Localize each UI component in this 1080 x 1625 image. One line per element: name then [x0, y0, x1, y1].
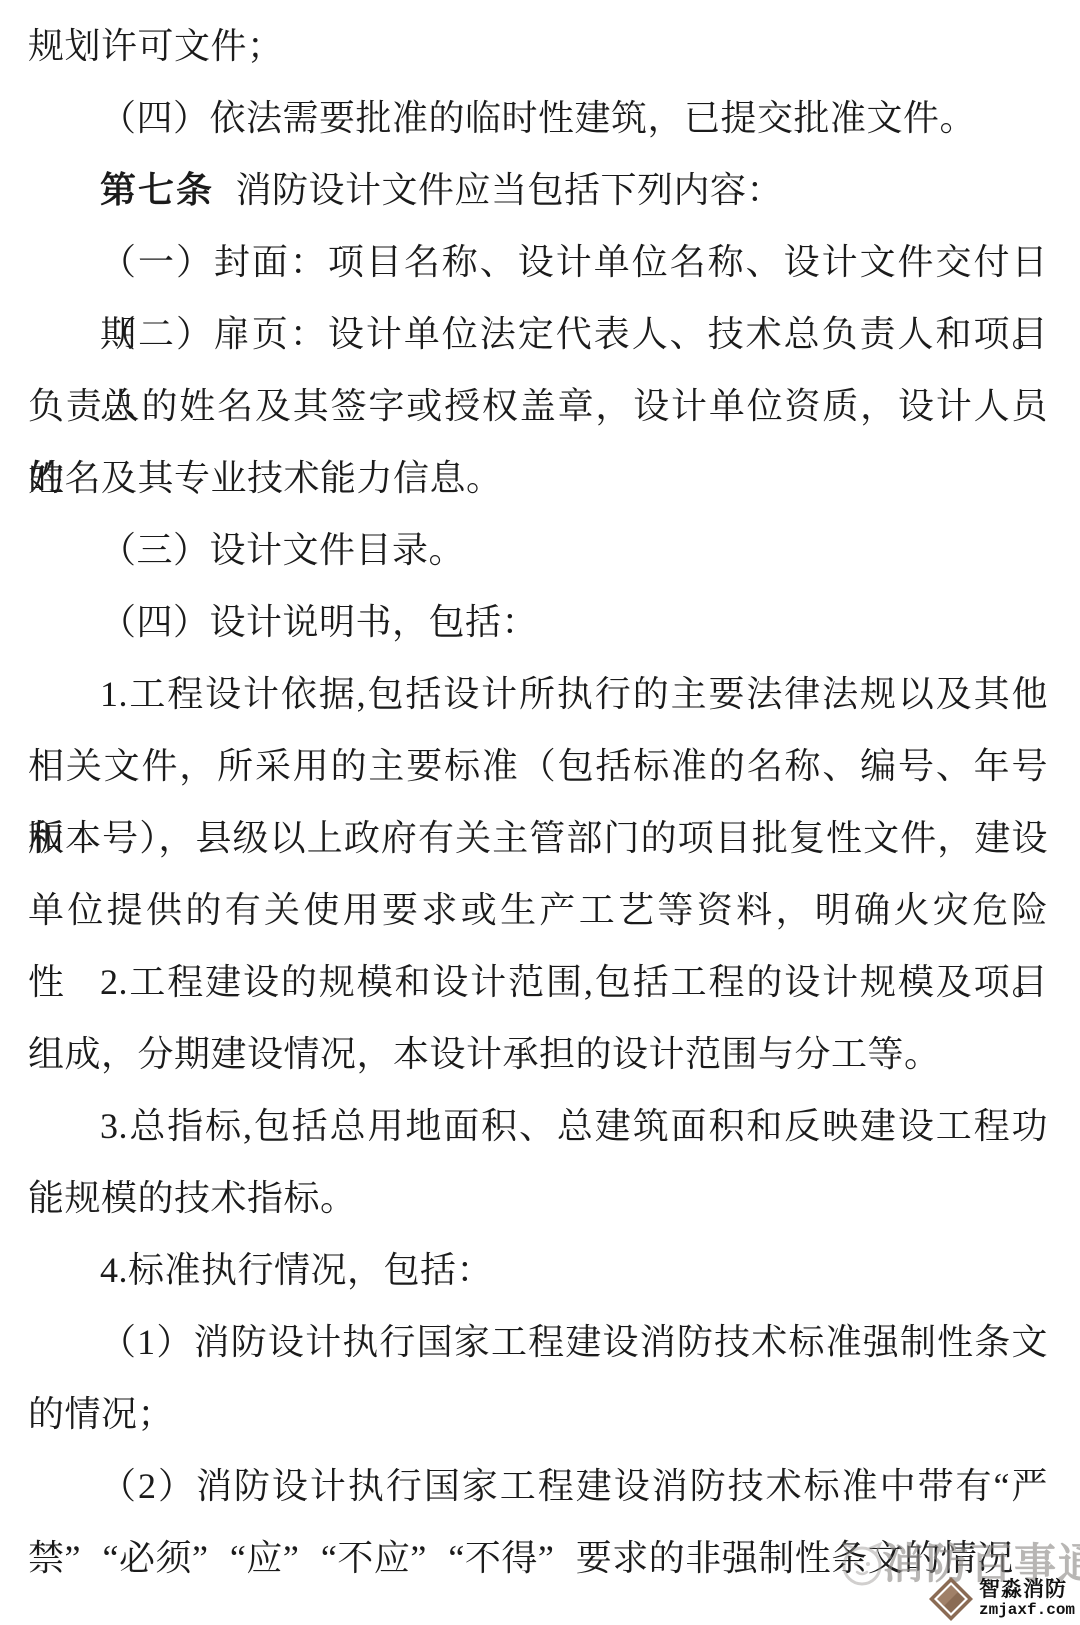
text-line: （二）扉页：设计单位法定代表人、技术总负责人和项目总 [28, 298, 1048, 370]
brand-logo-icon [928, 1576, 974, 1622]
text-line: 单位提供的有关使用要求或生产工艺等资料，明确火灾危险性。 [28, 874, 1048, 946]
text-line: 版本号），县级以上政府有关主管部门的项目批复性文件，建设 [28, 802, 1048, 874]
text-line: （四）依法需要批准的临时性建筑，已提交批准文件。 [28, 82, 1048, 154]
text-line: 2.工程建设的规模和设计范围,包括工程的设计规模及项目 [28, 946, 1048, 1018]
text-line: 姓名及其专业技术能力信息。 [28, 442, 1048, 514]
text-line: 第七条 消防设计文件应当包括下列内容： [28, 154, 1048, 226]
text-line: 组成，分期建设情况，本设计承担的设计范围与分工等。 [28, 1018, 1048, 1090]
document-body: 规划许可文件；（四）依法需要批准的临时性建筑，已提交批准文件。第七条 消防设计文… [28, 10, 1048, 1594]
text-line: （一）封面：项目名称、设计单位名称、设计文件交付日期。 [28, 226, 1048, 298]
text-line: 能规模的技术指标。 [28, 1162, 1048, 1234]
text-line: 规划许可文件； [28, 10, 1048, 82]
text-line: （四）设计说明书，包括： [28, 586, 1048, 658]
text-line: 的情况； [28, 1378, 1048, 1450]
text-line: 3.总指标,包括总用地面积、总建筑面积和反映建设工程功 [28, 1090, 1048, 1162]
text-line: （三）设计文件目录。 [28, 514, 1048, 586]
brand-text-block: 智淼消防 zmjaxf.com [979, 1578, 1075, 1620]
text-line: 4.标准执行情况，包括： [28, 1234, 1048, 1306]
brand-name: 智淼消防 [979, 1578, 1075, 1601]
text-line: 1.工程设计依据,包括设计所执行的主要法律法规以及其他 [28, 658, 1048, 730]
brand-badge: 智淼消防 zmjaxf.com [928, 1576, 1075, 1622]
article-number: 第七条 [100, 169, 214, 210]
brand-url: zmjaxf.com [979, 1601, 1075, 1620]
text-line: 负责人的姓名及其签字或授权盖章，设计单位资质，设计人员的 [28, 370, 1048, 442]
text-line: 禁” “必须” “应” “不应” “不得” 要求的非强制性条文的情况 [28, 1522, 1048, 1594]
text-line: （2）消防设计执行国家工程建设消防技术标准中带有“严 [28, 1450, 1048, 1522]
text-line: （1）消防设计执行国家工程建设消防技术标准强制性条文 [28, 1306, 1048, 1378]
text-line: 相关文件，所采用的主要标准（包括标准的名称、编号、年号和 [28, 730, 1048, 802]
document-page: 规划许可文件；（四）依法需要批准的临时性建筑，已提交批准文件。第七条 消防设计文… [0, 0, 1080, 1625]
